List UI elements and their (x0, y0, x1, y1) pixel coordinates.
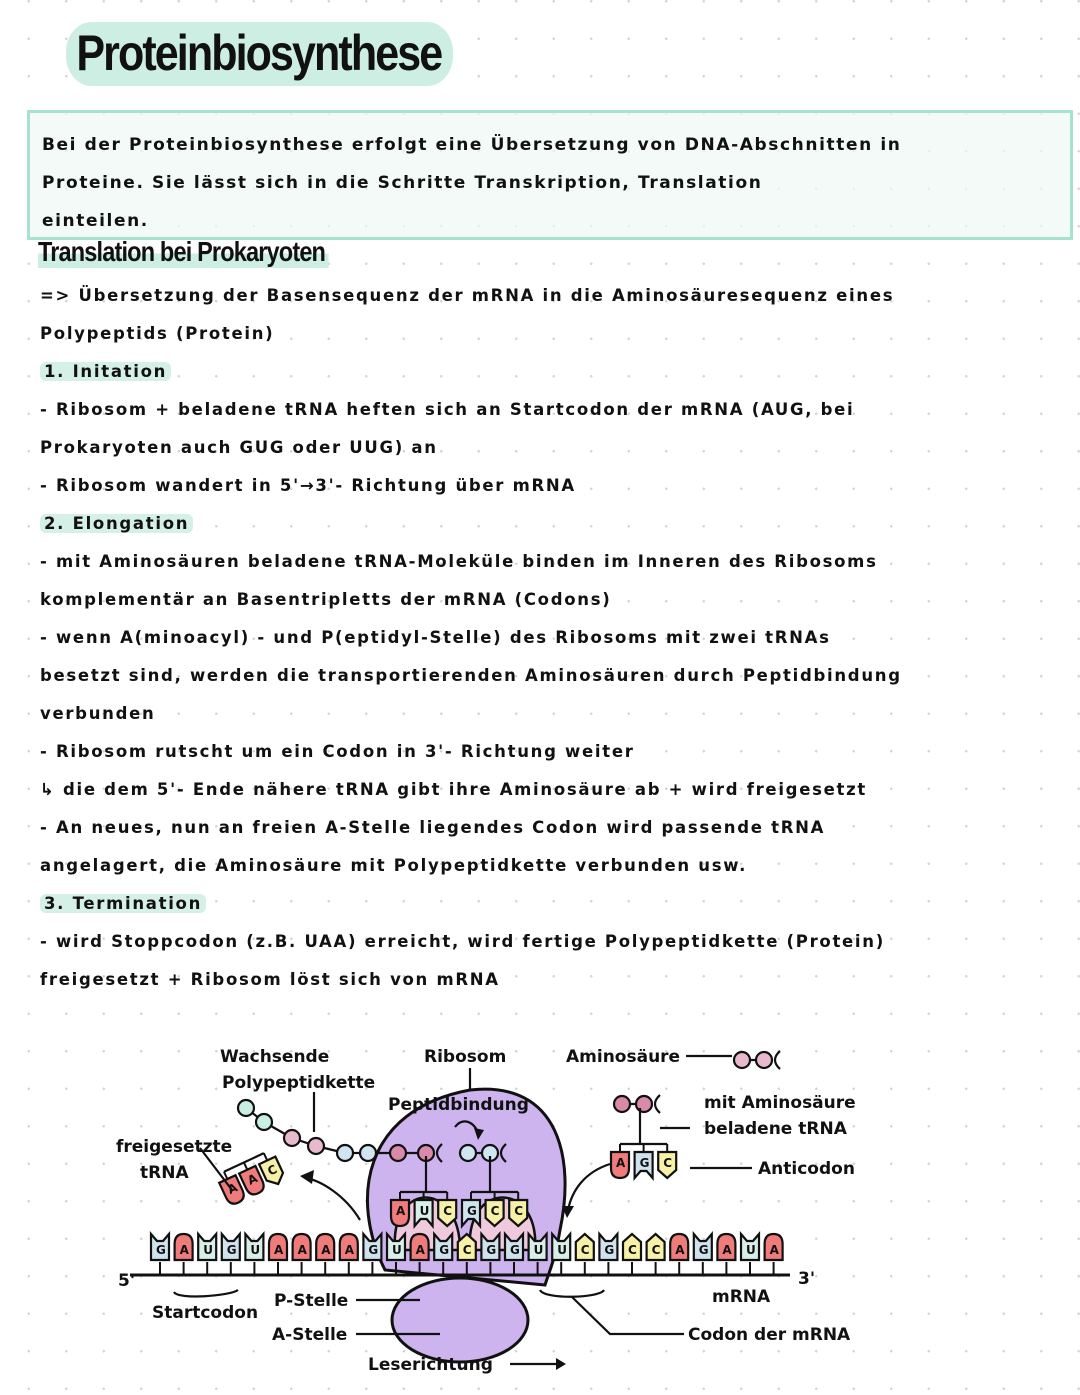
label-3-prime: 3' (798, 1269, 815, 1289)
svg-text:A: A (616, 1156, 626, 1170)
step-line: - mit Aminosäuren beladene tRNA-Moleküle… (40, 552, 878, 571)
label-start-codon: Startcodon (152, 1303, 258, 1323)
step-line: verbunden (40, 704, 155, 723)
label-mrna-codon: Codon der mRNA (688, 1325, 851, 1345)
svg-text:U: U (557, 1243, 567, 1257)
svg-text:U: U (534, 1243, 544, 1257)
svg-text:U: U (203, 1243, 213, 1257)
svg-text:A: A (274, 1243, 284, 1257)
step-heading-initiation: 1. Initation (40, 362, 171, 381)
svg-text:U: U (746, 1243, 756, 1257)
step-line: besetzt sind, werden die transportierend… (40, 666, 902, 685)
step-line: - Ribosom + beladene tRNA heften sich an… (40, 400, 854, 419)
step-line: angelagert, die Aminosäure mit Polypepti… (40, 856, 747, 875)
step-heading-elongation: 2. Elongation (40, 514, 193, 533)
label-ribosome: Ribosom (424, 1047, 506, 1067)
svg-text:U: U (420, 1204, 430, 1218)
step-line: ↳ die dem 5'- Ende nähere tRNA gibt ihre… (40, 780, 867, 799)
page-title: Proteinbiosynthese (66, 22, 453, 86)
section-heading: Translation bei Prokaryoten (38, 236, 328, 268)
step-line: Prokaryoten auch GUG oder UUG) an (40, 438, 438, 457)
label-5-prime: 5' (118, 1271, 135, 1291)
label-loaded-trna-2: beladene tRNA (704, 1119, 848, 1139)
svg-text:G: G (467, 1204, 477, 1218)
label-growing-chain-2: Polypeptidkette (222, 1073, 375, 1093)
label-p-site: P-Stelle (274, 1291, 348, 1311)
svg-text:A: A (396, 1204, 406, 1218)
svg-text:C: C (463, 1243, 472, 1257)
step-line: - wenn A(minoacyl) - und P(eptidyl-Stell… (40, 628, 831, 647)
translation-diagram: GAUGUAAAAGUAGCGGUUCGCCAGAUA AUCGCCAGCAAC… (0, 1020, 1080, 1395)
step-line: freigesetzt + Ribosom löst sich von mRNA (40, 970, 500, 989)
svg-text:A: A (298, 1243, 308, 1257)
step-heading-text: 3. Termination (40, 894, 206, 913)
label-growing-chain-1: Wachsende (220, 1047, 329, 1067)
label-loaded-trna-1: mit Aminosäure (704, 1093, 856, 1113)
page-title-wrap: Proteinbiosynthese (66, 22, 516, 86)
step-line: - Ribosom wandert in 5'→3'- Richtung übe… (40, 476, 576, 495)
step-line: - Ribosom rutscht um ein Codon in 3'- Ri… (40, 742, 635, 761)
svg-text:C: C (514, 1204, 523, 1218)
svg-text:G: G (227, 1243, 237, 1257)
label-reading-direction: Leserichtung (368, 1355, 493, 1375)
svg-text:G: G (699, 1243, 709, 1257)
label-anticodon: Anticodon (758, 1159, 855, 1179)
svg-text:G: G (486, 1243, 496, 1257)
svg-text:C: C (491, 1204, 500, 1218)
svg-text:A: A (321, 1243, 331, 1257)
label-released-trna-2: tRNA (140, 1163, 189, 1183)
label-amino-acid: Aminosäure (566, 1047, 680, 1067)
summary-line: Polypeptids (Protein) (40, 324, 274, 343)
intro-box: Bei der Proteinbiosynthese erfolgt eine … (27, 110, 1073, 240)
svg-text:G: G (156, 1243, 166, 1257)
label-mrna: mRNA (712, 1287, 771, 1307)
step-line: komplementär an Basentripletts der mRNA … (40, 590, 611, 609)
intro-line: einteilen. (42, 211, 149, 231)
svg-text:A: A (416, 1243, 426, 1257)
svg-text:G: G (439, 1243, 449, 1257)
step-line: - An neues, nun an freien A-Stelle liege… (40, 818, 825, 837)
svg-text:G: G (510, 1243, 520, 1257)
summary-line: => Übersetzung der Basensequenz der mRNA… (40, 286, 894, 305)
svg-text:C: C (581, 1243, 590, 1257)
step-heading-text: 1. Initation (40, 362, 171, 381)
svg-text:A: A (345, 1243, 355, 1257)
svg-text:C: C (443, 1204, 452, 1218)
svg-text:A: A (675, 1243, 685, 1257)
svg-text:U: U (392, 1243, 402, 1257)
step-heading-termination: 3. Termination (40, 894, 206, 913)
svg-text:C: C (652, 1243, 661, 1257)
label-peptide-bond: Peptidbindung (388, 1095, 529, 1115)
svg-text:A: A (770, 1243, 780, 1257)
svg-text:A: A (180, 1243, 190, 1257)
label-released-trna-1: freigesetzte (116, 1137, 232, 1157)
step-line: - wird Stoppcodon (z.B. UAA) erreicht, w… (40, 932, 885, 951)
intro-line: Proteine. Sie lässt sich in die Schritte… (42, 173, 762, 193)
svg-text:C: C (663, 1156, 672, 1170)
svg-text:G: G (604, 1243, 614, 1257)
intro-line: Bei der Proteinbiosynthese erfolgt eine … (42, 135, 901, 155)
svg-text:G: G (368, 1243, 378, 1257)
step-heading-text: 2. Elongation (40, 514, 193, 533)
svg-text:G: G (640, 1156, 650, 1170)
label-a-site: A-Stelle (272, 1325, 347, 1345)
svg-text:A: A (722, 1243, 732, 1257)
svg-text:U: U (250, 1243, 260, 1257)
svg-text:C: C (628, 1243, 637, 1257)
